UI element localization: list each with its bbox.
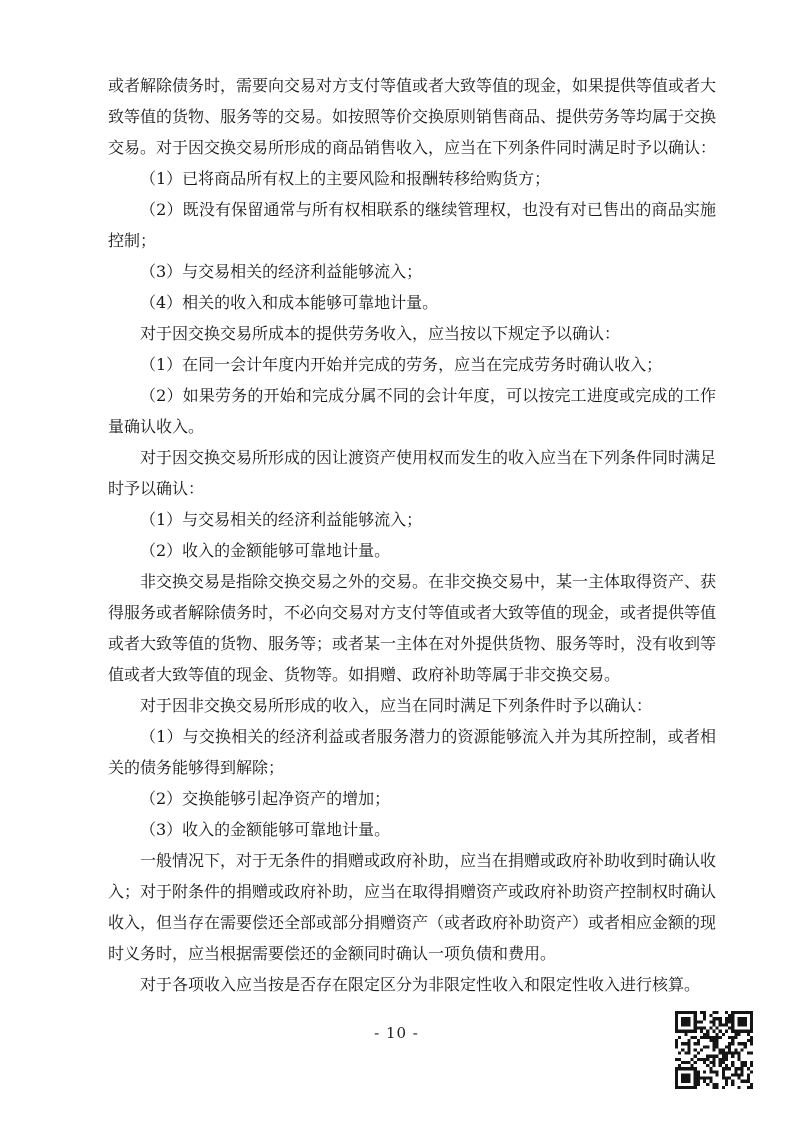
paragraph: （3）收入的金额能够可靠地计量。 xyxy=(108,814,716,845)
paragraph: （3）与交易相关的经济利益能够流入； xyxy=(108,256,716,287)
paragraph: （1）与交换相关的经济利益或者服务潜力的资源能够流入并为其所控制，或者相关的债务… xyxy=(108,721,716,783)
paragraph: （4）相关的收入和成本能够可靠地计量。 xyxy=(108,287,716,318)
paragraph: 对于因非交换交易所形成的收入，应当在同时满足下列条件时予以确认： xyxy=(108,690,716,721)
paragraph: （2）如果劳务的开始和完成分属不同的会计年度，可以按完工进度或完成的工作量确认收… xyxy=(108,380,716,442)
paragraph: 对于各项收入应当按是否存在限定区分为非限定性收入和限定性收入进行核算。 xyxy=(108,969,716,1000)
paragraph: （1）已将商品所有权上的主要风险和报酬转移给购货方； xyxy=(108,163,716,194)
paragraph: 对于因交换交易所成本的提供劳务收入，应当按以下规定予以确认： xyxy=(108,318,716,349)
paragraph: （1）在同一会计年度内开始并完成的劳务，应当在完成劳务时确认收入； xyxy=(108,349,716,380)
paragraph: 或者解除债务时，需要向交易对方支付等值或者大致等值的现金，如果提供等值或者大致等… xyxy=(108,70,716,163)
paragraph: 非交换交易是指除交换交易之外的交易。在非交换交易中，某一主体取得资产、获得服务或… xyxy=(108,566,716,690)
paragraph: （1）与交易相关的经济利益能够流入； xyxy=(108,504,716,535)
qr-code-icon xyxy=(675,1011,753,1089)
paragraph: （2）既没有保留通常与所有权相联系的继续管理权，也没有对已售出的商品实施控制； xyxy=(108,194,716,256)
paragraph: 对于因交换交易所形成的因让渡资产使用权而发生的收入应当在下列条件同时满足时予以确… xyxy=(108,442,716,504)
document-body: 或者解除债务时，需要向交易对方支付等值或者大致等值的现金，如果提供等值或者大致等… xyxy=(108,70,716,1000)
paragraph: （2）收入的金额能够可靠地计量。 xyxy=(108,535,716,566)
document-page: 或者解除债务时，需要向交易对方支付等值或者大致等值的现金，如果提供等值或者大致等… xyxy=(0,0,793,1121)
paragraph: 一般情况下，对于无条件的捐赠或政府补助，应当在捐赠或政府补助收到时确认收入；对于… xyxy=(108,845,716,969)
paragraph: （2）交换能够引起净资产的增加； xyxy=(108,783,716,814)
